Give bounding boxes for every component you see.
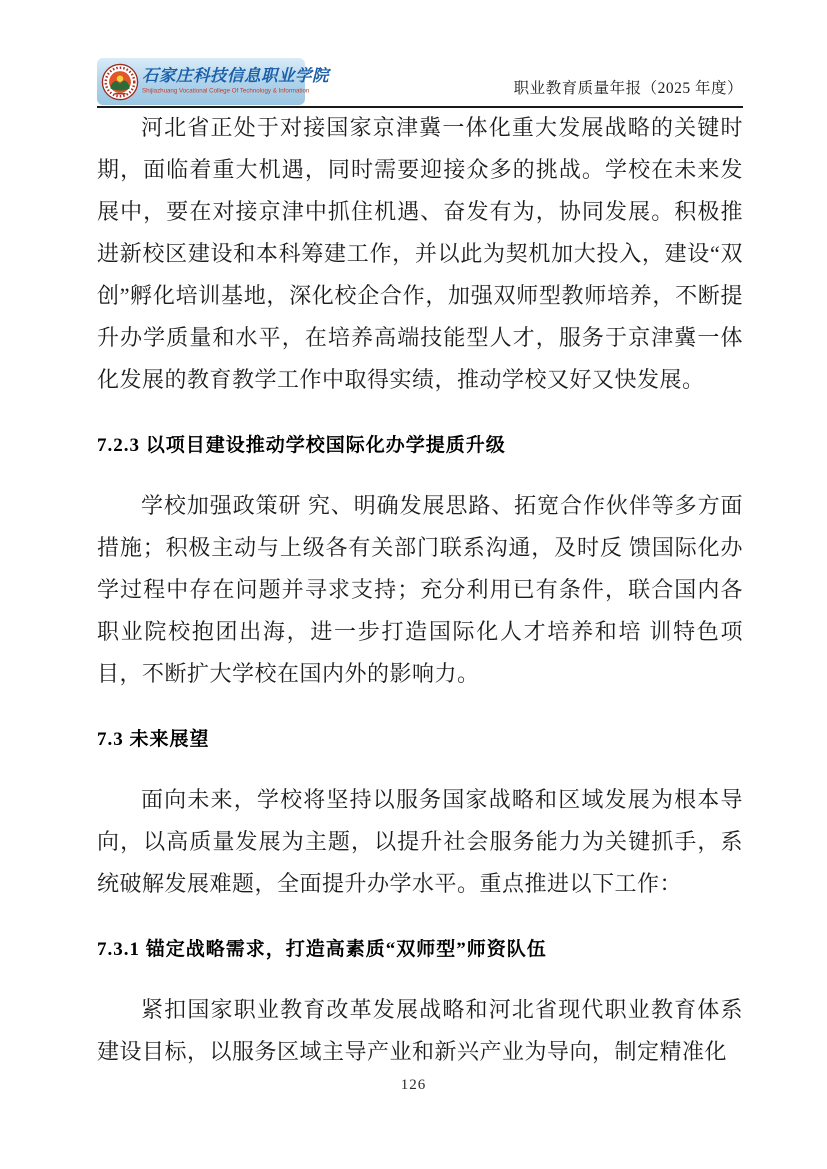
college-name-zh: 石家庄科技信息职业学院 bbox=[142, 68, 332, 85]
document-page: 石家庄科技信息职业学院 Shijiazhuang Vocational Coll… bbox=[0, 0, 827, 1169]
document-body: 河北省正处于对接国家京津冀一体化重大发展战略的关键时期，面临着重大机遇，同时需要… bbox=[97, 107, 743, 1073]
college-logo: 石家庄科技信息职业学院 Shijiazhuang Vocational Coll… bbox=[97, 58, 305, 105]
section-heading-7-3-1: 7.3.1 锚定战略需求，打造高素质“双师型”师资队伍 bbox=[97, 935, 743, 965]
paragraph-future-outlook: 面向未来，学校将坚持以服务国家战略和区域发展为根本导向，以高质量发展为主题，以提… bbox=[97, 779, 743, 905]
page-footer: 126 bbox=[0, 1076, 827, 1094]
section-heading-7-2-3: 7.2.3 以项目建设推动学校国际化办学提质升级 bbox=[97, 431, 743, 461]
page-header: 石家庄科技信息职业学院 Shijiazhuang Vocational Coll… bbox=[97, 56, 743, 106]
college-emblem-icon bbox=[101, 63, 139, 101]
paragraph-internationalization: 学校加强政策研 究、明确发展思路、拓宽合作伙伴等多方面措施；积极主动与上级各有关… bbox=[97, 485, 743, 695]
college-logo-text: 石家庄科技信息职业学院 Shijiazhuang Vocational Coll… bbox=[142, 68, 332, 95]
page-number: 126 bbox=[401, 1077, 427, 1093]
paragraph-hebei-strategy: 河北省正处于对接国家京津冀一体化重大发展战略的关键时期，面临着重大机遇，同时需要… bbox=[97, 107, 743, 401]
paragraph-teacher-team: 紧扣国家职业教育改革发展战略和河北省现代职业教育体系建设目标，以服务区域主导产业… bbox=[97, 989, 743, 1073]
college-name-en: Shijiazhuang Vocational College Of Techn… bbox=[142, 88, 309, 94]
report-title: 职业教育质量年报（2025 年度） bbox=[514, 76, 743, 98]
section-heading-7-3: 7.3 未来展望 bbox=[97, 725, 743, 755]
